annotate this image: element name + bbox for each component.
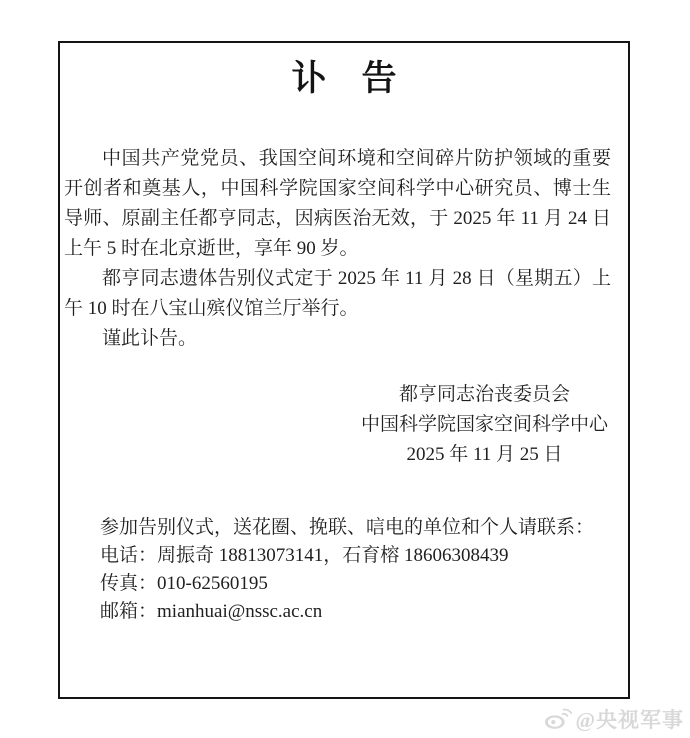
fax-label: 传真： (100, 573, 157, 594)
signature-committee: 都亨同志治丧委员会 (361, 380, 608, 410)
signature-organization: 中国科学院国家空间科学中心 (361, 410, 608, 440)
watermark: @央视军事 (543, 704, 684, 734)
phone-value: 周振奇 18813073141，石育榕 18606308439 (157, 545, 509, 566)
obituary-page: 讣 告 中国共产党党员、我国空间环境和空间碎片防护领域的重要开创者和奠基人，中国… (0, 0, 690, 738)
signature-block: 都亨同志治丧委员会 中国科学院国家空间科学中心 2025 年 11 月 25 日 (361, 380, 608, 470)
paragraph-closing: 谨此讣告。 (64, 324, 611, 354)
email-value: mianhuai@nssc.ac.cn (157, 601, 322, 622)
watermark-text: @央视军事 (575, 704, 684, 734)
contact-block: 参加告别仪式，送花圈、挽联、唁电的单位和个人请联系： 电话：周振奇 188130… (60, 514, 628, 626)
contact-fax-line: 传真：010-62560195 (100, 570, 628, 598)
contact-intro: 参加告别仪式，送花圈、挽联、唁电的单位和个人请联系： (100, 514, 628, 542)
phone-label: 电话： (100, 545, 157, 566)
paragraph-announcement: 中国共产党党员、我国空间环境和空间碎片防护领域的重要开创者和奠基人，中国科学院国… (64, 144, 611, 264)
signature-date: 2025 年 11 月 25 日 (361, 440, 608, 470)
weibo-icon (543, 707, 572, 731)
obituary-body: 中国共产党党员、我国空间环境和空间碎片防护领域的重要开创者和奠基人，中国科学院国… (60, 144, 628, 354)
document-border-frame: 讣 告 中国共产党党员、我国空间环境和空间碎片防护领域的重要开创者和奠基人，中国… (58, 41, 630, 699)
page-title: 讣 告 (60, 60, 628, 98)
fax-value: 010-62560195 (157, 573, 268, 594)
contact-email-line: 邮箱：mianhuai@nssc.ac.cn (100, 598, 628, 626)
contact-phone-line: 电话：周振奇 18813073141，石育榕 18606308439 (100, 542, 628, 570)
email-label: 邮箱： (100, 601, 157, 622)
paragraph-ceremony: 都亨同志遗体告别仪式定于 2025 年 11 月 28 日（星期五）上午 10 … (64, 264, 611, 324)
